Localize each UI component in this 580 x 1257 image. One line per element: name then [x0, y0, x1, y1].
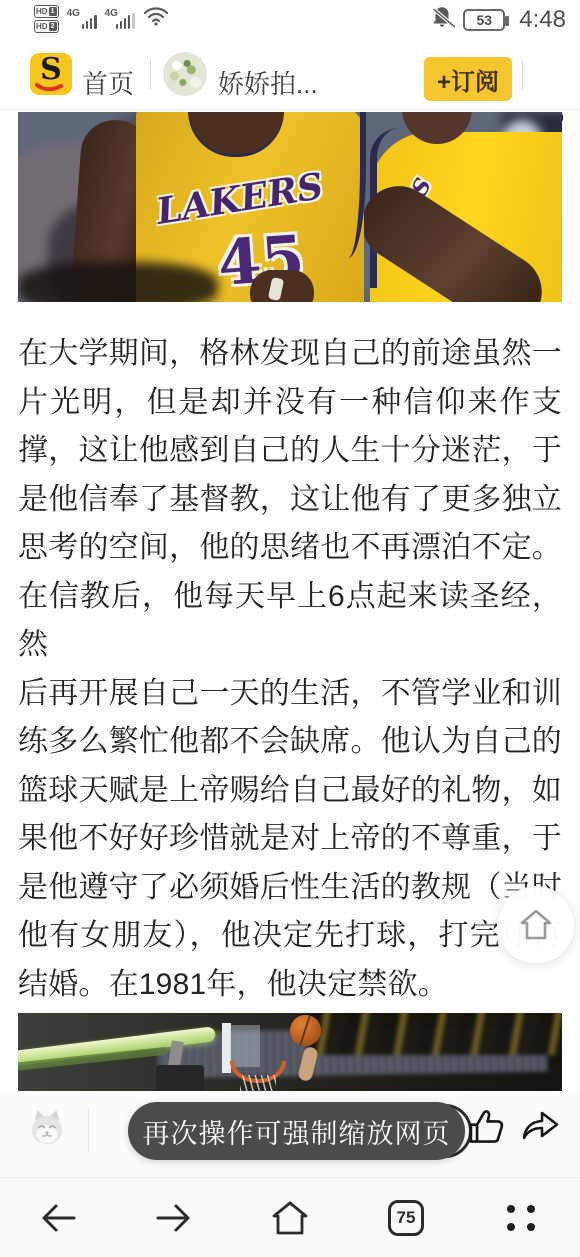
paragraph-line: 果他不好好珍惜就是对上帝的不尊重，于 [18, 815, 562, 864]
author-avatar[interactable] [163, 52, 207, 96]
paragraph-line: 片光明，但是却并没有一种信仰来作支 [18, 379, 562, 428]
paragraph-line: 思考的空间，他的思绪也不再漂泊不定。 [18, 524, 562, 573]
header-home-link[interactable]: 首页 [82, 64, 134, 101]
status-right-cluster: 53 4:48 [429, 4, 566, 35]
article-hero-image[interactable]: KERS LAKERS 45 [18, 112, 562, 302]
paragraph-line: 他有女朋友），他决定先打球，打完球再 [18, 912, 562, 961]
subscribe-button[interactable]: +订阅 [424, 57, 512, 101]
header-divider-2 [522, 60, 523, 90]
signal-strength-icon-2: 4G [105, 6, 135, 32]
tab-count: 75 [397, 1208, 416, 1228]
nav-tabs-button[interactable]: 75 [348, 1178, 464, 1257]
paragraph-line: 篮球天赋是上帝赐给自己最好的礼物，如 [18, 767, 562, 816]
battery-level: 53 [476, 12, 492, 28]
toast-message: 再次操作可强制缩放网页 [143, 1112, 451, 1151]
paragraph-line: 是他信奉了基督教，这让他有了更多独立 [18, 476, 562, 525]
author-name-link[interactable]: 娇娇拍... [218, 64, 368, 101]
phone-screen: HD 1 HD 2 4G 4G [0, 0, 580, 1257]
bottom-toolbar: 再次操作可强制缩放网页 [0, 1092, 580, 1178]
hd1-badge: HD 1 [34, 5, 59, 18]
app-header: S 首页 娇娇拍... +订阅 [0, 38, 580, 110]
tabs-count-box: 75 [388, 1200, 424, 1236]
like-button[interactable] [467, 1108, 505, 1146]
nav-back-button[interactable] [0, 1178, 116, 1257]
paragraph-line: 练多么繁忙他都不会缺席。他认为自己的 [18, 718, 562, 767]
paragraph-line: 撑，这让他感到自己的人生十分迷茫，于 [18, 427, 562, 476]
share-icon [520, 1107, 562, 1147]
menu-dots-icon [507, 1205, 537, 1231]
home-icon [270, 1199, 310, 1237]
hd2-badge: HD 2 [34, 20, 59, 33]
paragraph-line: 后再开展自己一天的生活，不管学业和训 [18, 670, 562, 719]
wifi-icon [143, 4, 169, 33]
paragraph-line: 结婚。在1981年，他决定禁欲。 [18, 961, 562, 1010]
status-left-cluster: HD 1 HD 2 4G 4G [34, 4, 169, 33]
basketball [290, 1015, 321, 1046]
article-paragraph: 在大学期间，格林发现自己的前途虽然一 片光明，但是却并没有一种信仰来作支 撑，这… [18, 330, 562, 1009]
paragraph-line: 在信教后，他每天早上6点起来读圣经，然 [18, 573, 562, 670]
sohu-logo[interactable]: S [30, 53, 72, 95]
hd1-label: HD [36, 7, 48, 16]
article-image-basketball[interactable] [18, 1013, 562, 1091]
share-button[interactable] [520, 1107, 562, 1147]
battery-icon: 53 [463, 9, 505, 31]
nav-menu-button[interactable] [464, 1178, 580, 1257]
forward-arrow-icon [152, 1201, 196, 1235]
floating-home-button[interactable] [497, 886, 575, 964]
nav-forward-button[interactable] [116, 1178, 232, 1257]
mascot-icon[interactable] [26, 1106, 68, 1150]
status-bar: HD 1 HD 2 4G 4G [0, 0, 580, 38]
home-icon [518, 908, 554, 942]
zoom-hint-toast: 再次操作可强制缩放网页 [128, 1102, 465, 1160]
hd1-index: 1 [49, 7, 57, 16]
paragraph-line: 是他遵守了必须婚后性生活的教规（当时 [18, 864, 562, 913]
notifications-muted-icon [429, 4, 455, 35]
clock-time: 4:48 [519, 6, 566, 34]
browser-nav-bar: 75 [0, 1178, 580, 1257]
paragraph-line: 在大学期间，格林发现自己的前途虽然一 [18, 330, 562, 379]
network-type-label-1: 4G [67, 8, 80, 19]
sohu-logo-swoosh [35, 82, 65, 92]
back-arrow-icon [36, 1201, 80, 1235]
hd2-index: 2 [49, 22, 57, 31]
signal-strength-icon-1: 4G [67, 6, 97, 32]
header-divider [150, 60, 151, 90]
toolbar-divider [88, 1108, 89, 1152]
thumbs-up-icon [467, 1108, 505, 1146]
arena-ceiling [308, 1013, 562, 1055]
hd-volte-badges: HD 1 HD 2 [34, 5, 59, 33]
hd2-label: HD [36, 22, 48, 31]
hoop-net [240, 1075, 276, 1091]
nav-home-button[interactable] [232, 1178, 348, 1257]
